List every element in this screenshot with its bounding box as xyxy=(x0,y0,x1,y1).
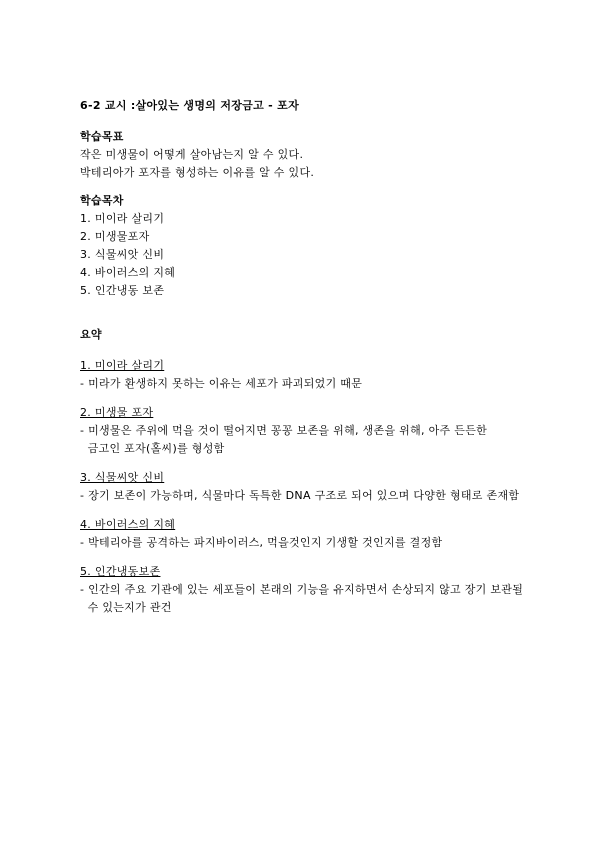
objective-item: 박테리아가 포자를 형성하는 이유를 알 수 있다. xyxy=(80,164,555,182)
summary-section: 2. 미생물 포자 - 미생물은 주위에 먹을 것이 떨어지면 꽁꽁 보존을 위… xyxy=(80,404,555,458)
toc-item: 4. 바이러스의 지혜 xyxy=(80,264,555,282)
summary-section: 3. 식물씨앗 신비 - 장기 보존이 가능하며, 식물마다 독특한 DNA 구… xyxy=(80,469,555,505)
toc-item: 2. 미생물포자 xyxy=(80,228,555,246)
summary-line: - 인간의 주요 기관에 있는 세포들이 본래의 기능을 유지하면서 손상되지 … xyxy=(80,581,555,599)
summary-section: 5. 인간냉동보존 - 인간의 주요 기관에 있는 세포들이 본래의 기능을 유… xyxy=(80,563,555,617)
toc-heading: 학습목차 xyxy=(80,192,555,210)
summary-line: - 미생물은 주위에 먹을 것이 떨어지면 꽁꽁 보존을 위해, 생존을 위해,… xyxy=(80,422,555,440)
summary-line: - 미라가 환생하지 못하는 이유는 세포가 파괴되었기 때문 xyxy=(80,375,555,393)
summary-section: 1. 미이라 살리기 - 미라가 환생하지 못하는 이유는 세포가 파괴되었기 … xyxy=(80,357,555,393)
toc-item: 3. 식물씨앗 신비 xyxy=(80,246,555,264)
summary-line: 수 있는지가 관건 xyxy=(80,599,555,617)
document-title: 6-2 교시 :살아있는 생명의 저장금고 - 포자 xyxy=(80,97,555,115)
summary-line: - 박테리아를 공격하는 파지바이러스, 먹을것인지 기생할 것인지를 결정함 xyxy=(80,534,555,552)
objective-item: 작은 미생물이 어떻게 살아남는지 알 수 있다. xyxy=(80,146,555,164)
summary-line: - 장기 보존이 가능하며, 식물마다 독특한 DNA 구조로 되어 있으며 다… xyxy=(80,487,555,505)
document-page: 6-2 교시 :살아있는 생명의 저장금고 - 포자 학습목표 작은 미생물이 … xyxy=(0,0,595,841)
toc-item: 1. 미이라 살리기 xyxy=(80,210,555,228)
summary-section-title: 4. 바이러스의 지혜 xyxy=(80,516,555,534)
objectives-heading: 학습목표 xyxy=(80,128,555,146)
toc-item: 5. 인간냉동 보존 xyxy=(80,282,555,300)
summary-section-title: 5. 인간냉동보존 xyxy=(80,563,555,581)
summary-heading: 요약 xyxy=(80,326,555,344)
summary-section-title: 1. 미이라 살리기 xyxy=(80,357,555,375)
summary-section-title: 2. 미생물 포자 xyxy=(80,404,555,422)
summary-section-title: 3. 식물씨앗 신비 xyxy=(80,469,555,487)
summary-line: 금고인 포자(홀씨)를 형성함 xyxy=(80,440,555,458)
summary-section: 4. 바이러스의 지혜 - 박테리아를 공격하는 파지바이러스, 먹을것인지 기… xyxy=(80,516,555,552)
